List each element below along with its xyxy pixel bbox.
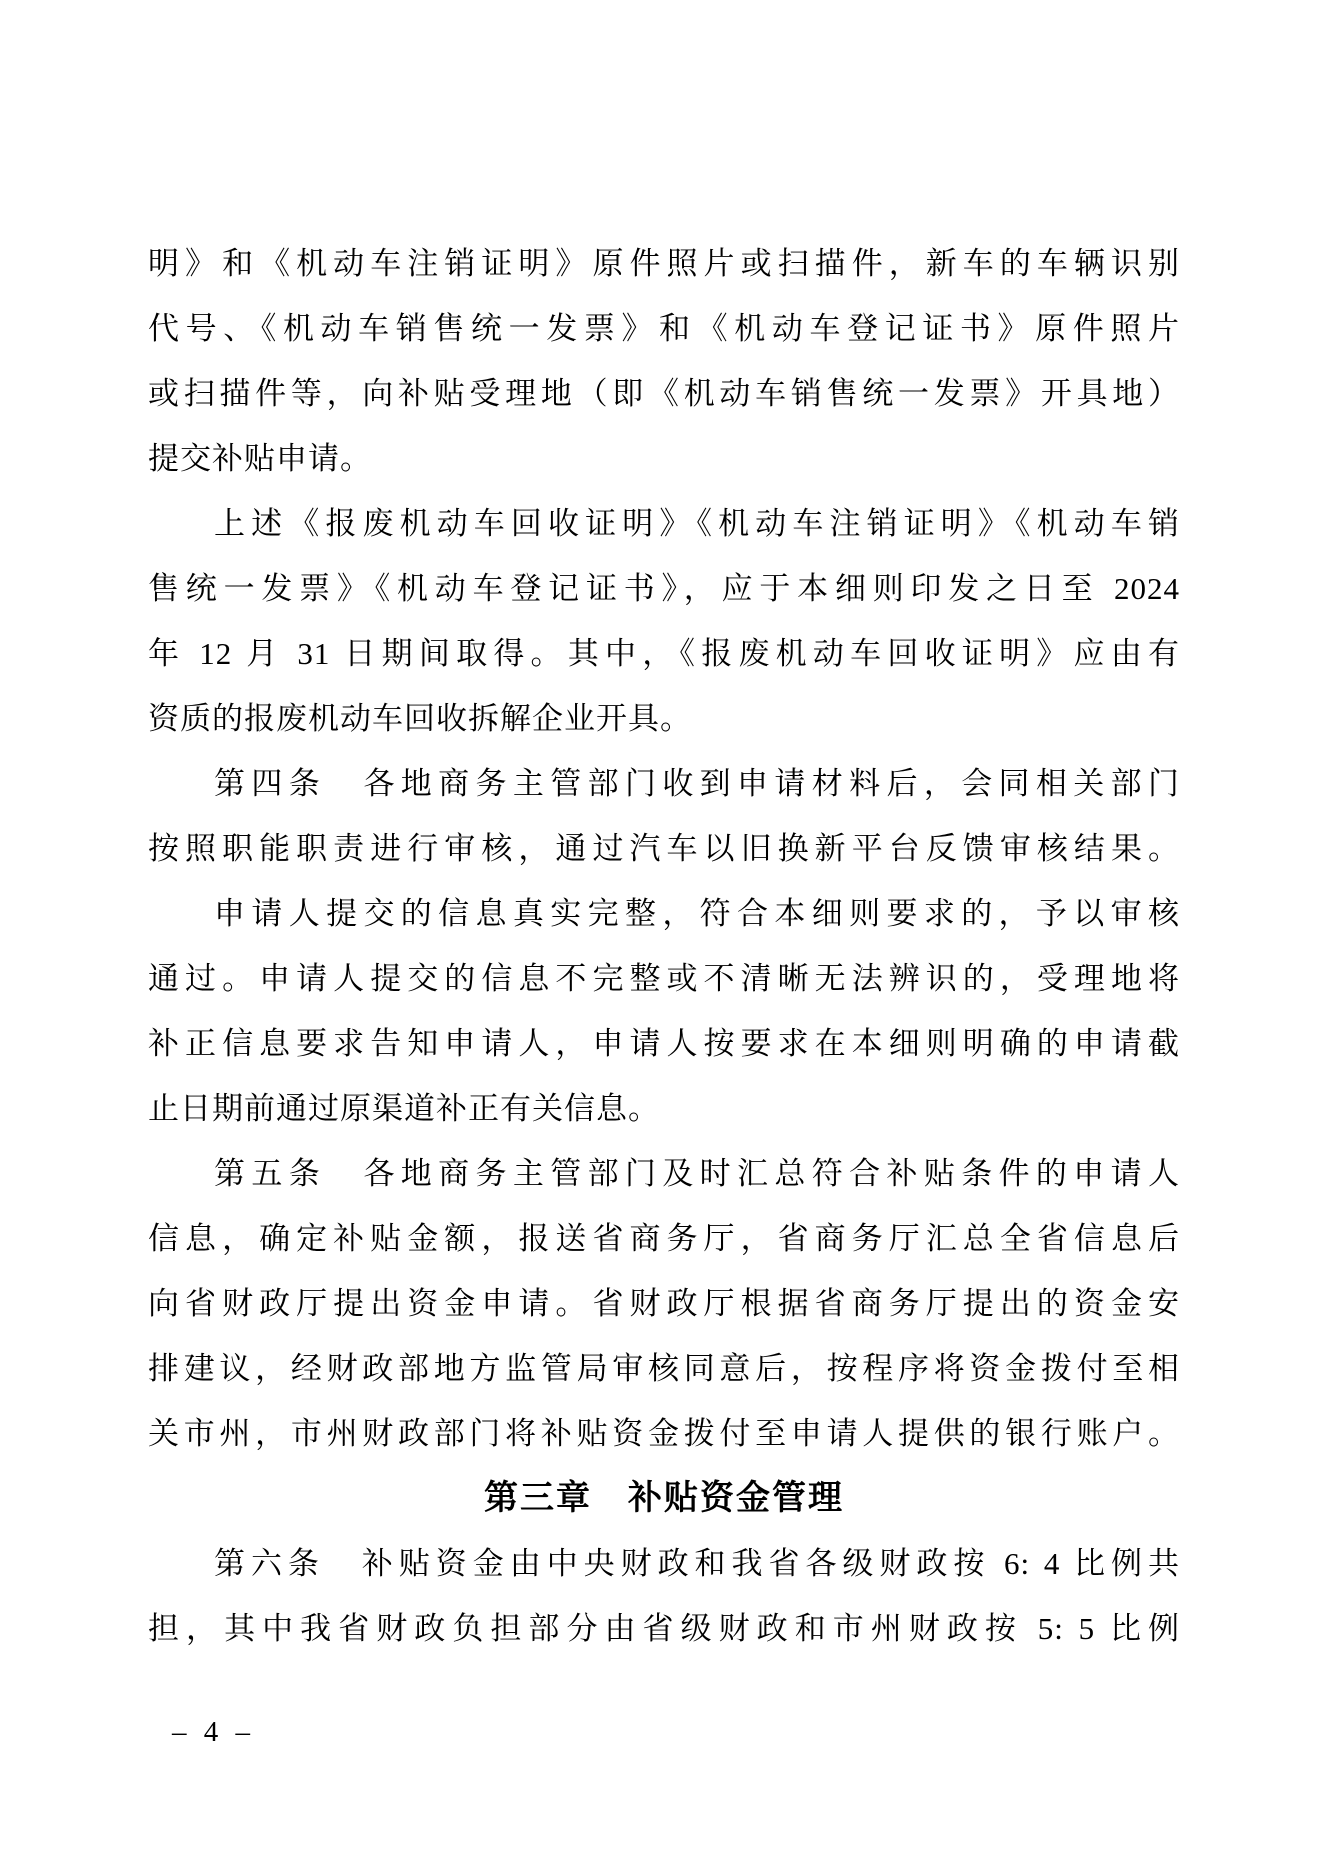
text-line: 关市州，市州财政部门将补贴资金拨付至申请人提供的银行账户。 <box>148 1401 1180 1466</box>
text-line: 资质的报废机动车回收拆解企业开具。 <box>148 686 1180 751</box>
text-line: 信息，确定补贴金额，报送省商务厅，省商务厅汇总全省信息后 <box>148 1206 1180 1271</box>
text-line: 申请人提交的信息真实完整，符合本细则要求的，予以审核 <box>148 881 1180 946</box>
text-line: 按照职能职责进行审核，通过汽车以旧换新平台反馈审核结果。 <box>148 816 1180 881</box>
text-line: 排建议，经财政部地方监管局审核同意后，按程序将资金拨付至相 <box>148 1336 1180 1401</box>
text-line: 年 12 月 31 日期间取得。其中，《报废机动车回收证明》应由有 <box>148 621 1180 686</box>
text-line: 代号、《机动车销售统一发票》和《机动车登记证书》原件照片 <box>148 296 1180 361</box>
text-line: 向省财政厅提出资金申请。省财政厅根据省商务厅提出的资金安 <box>148 1271 1180 1336</box>
text-line: 明》和《机动车注销证明》原件照片或扫描件，新车的车辆识别 <box>148 231 1180 296</box>
text-line: 第六条 补贴资金由中央财政和我省各级财政按 6: 4 比例共 <box>148 1531 1180 1596</box>
chapter-heading: 第三章 补贴资金管理 <box>148 1466 1180 1531</box>
text-line: 或扫描件等，向补贴受理地（即《机动车销售统一发票》开具地） <box>148 361 1180 426</box>
text-line: 提交补贴申请。 <box>148 426 1180 491</box>
text-line: 上述《报废机动车回收证明》《机动车注销证明》《机动车销 <box>148 491 1180 556</box>
text-line: 第五条 各地商务主管部门及时汇总符合补贴条件的申请人 <box>148 1141 1180 1206</box>
document-body: 明》和《机动车注销证明》原件照片或扫描件，新车的车辆识别 代号、《机动车销售统一… <box>148 231 1180 1661</box>
page-number: – 4 – <box>172 1712 250 1752</box>
text-line: 担，其中我省财政负担部分由省级财政和市州财政按 5: 5 比例 <box>148 1596 1180 1661</box>
text-line: 售统一发票》《机动车登记证书》，应于本细则印发之日至 2024 <box>148 556 1180 621</box>
text-line: 第四条 各地商务主管部门收到申请材料后，会同相关部门 <box>148 751 1180 816</box>
document-page: 明》和《机动车注销证明》原件照片或扫描件，新车的车辆识别 代号、《机动车销售统一… <box>0 0 1323 1871</box>
text-line: 补正信息要求告知申请人，申请人按要求在本细则明确的申请截 <box>148 1011 1180 1076</box>
text-line: 通过。申请人提交的信息不完整或不清晰无法辨识的，受理地将 <box>148 946 1180 1011</box>
text-line: 止日期前通过原渠道补正有关信息。 <box>148 1076 1180 1141</box>
